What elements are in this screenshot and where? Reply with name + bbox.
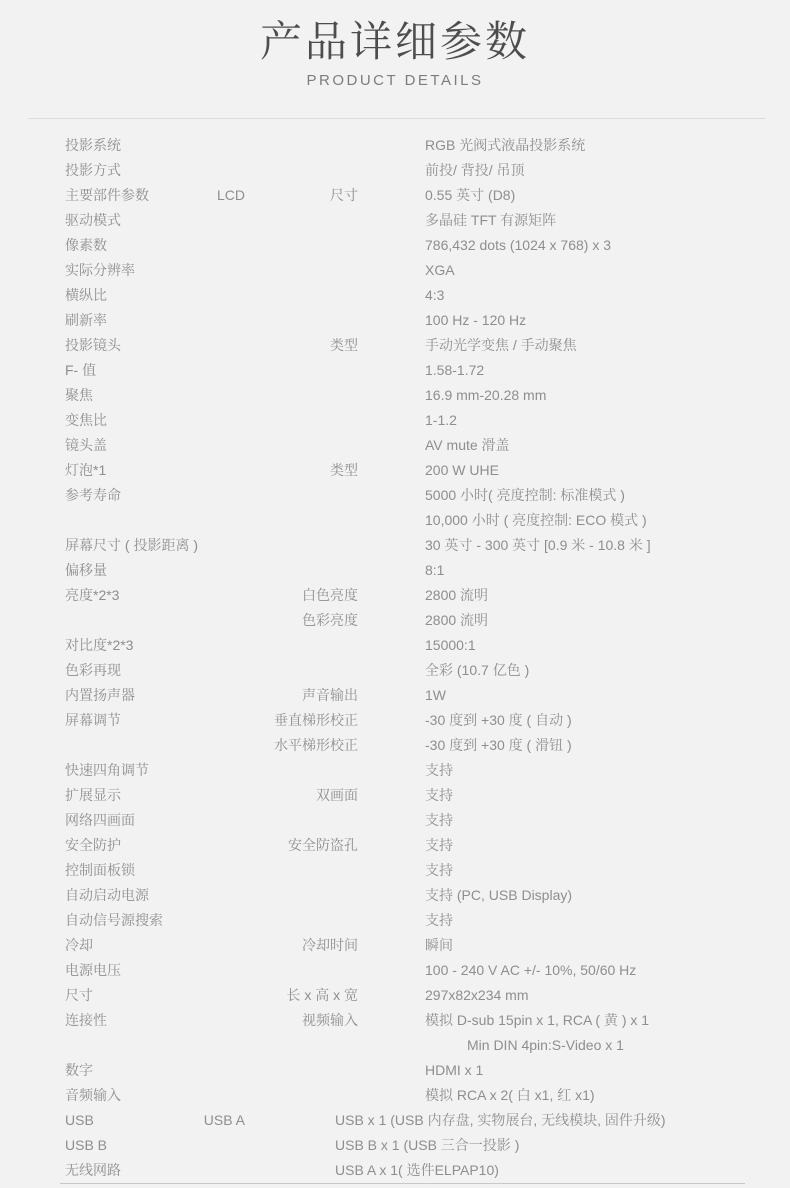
spec-cell-param: 变焦比 — [65, 410, 197, 430]
spec-cell-param: 扩展显示 — [65, 785, 197, 805]
spec-cell-value: 支持 — [358, 835, 453, 855]
spec-cell-param: 偏移量 — [65, 560, 197, 580]
spec-row: 色彩亮度2800 流明 — [0, 607, 790, 632]
spec-row: 聚焦16.9 mm-20.28 mm — [0, 382, 790, 407]
spec-cell-sub2: 垂直梯形校正 — [245, 710, 358, 730]
spec-cell-param: 无线网路 — [65, 1160, 197, 1180]
spec-row: 亮度*2*3白色亮度2800 流明 — [0, 582, 790, 607]
spec-cell-value: 1.58-1.72 — [358, 362, 484, 378]
spec-row: 灯泡*1类型200 W UHE — [0, 457, 790, 482]
spec-row: 连接性视频输入模拟 D-sub 15pin x 1, RCA ( 黄 ) x 1 — [0, 1007, 790, 1032]
spec-cell-param: 投影系统 — [65, 135, 197, 155]
spec-cell-value: 模拟 D-sub 15pin x 1, RCA ( 黄 ) x 1 — [358, 1010, 649, 1030]
spec-cell-sub1: LCD — [197, 187, 245, 203]
spec-cell-param: 聚焦 — [65, 385, 197, 405]
spec-cell-sub2: 双画面 — [245, 785, 358, 805]
spec-row: 横纵比4:3 — [0, 282, 790, 307]
spec-cell-param: USB — [65, 1112, 197, 1128]
top-divider — [28, 118, 765, 119]
page-subtitle: PRODUCT DETAILS — [0, 72, 790, 89]
spec-cell-param: 横纵比 — [65, 285, 197, 305]
spec-cell-value: 5000 小时( 亮度控制: 标准模式 ) — [358, 485, 625, 505]
spec-cell-value: USB B x 1 (USB 三合一投影 ) — [245, 1135, 519, 1155]
spec-row: F- 值1.58-1.72 — [0, 357, 790, 382]
spec-cell-sub2: 类型 — [245, 335, 358, 355]
spec-cell-value: 0.55 英寸 (D8) — [358, 185, 515, 205]
spec-cell-value: -30 度到 +30 度 ( 滑钮 ) — [358, 735, 572, 755]
spec-cell-param: 连接性 — [65, 1010, 197, 1030]
spec-row: 水平梯形校正-30 度到 +30 度 ( 滑钮 ) — [0, 732, 790, 757]
spec-cell-param: 对比度*2*3 — [65, 635, 197, 655]
spec-row: 无线网路USB A x 1( 选件ELPAP10) — [0, 1157, 790, 1182]
spec-cell-param: 实际分辨率 — [65, 260, 197, 280]
spec-row: Min DIN 4pin:S-Video x 1 — [0, 1032, 790, 1057]
spec-row: 内置扬声器声音输出1W — [0, 682, 790, 707]
spec-row: 数字HDMI x 1 — [0, 1057, 790, 1082]
spec-cell-param: 屏幕尺寸 ( 投影距离 ) — [65, 535, 197, 555]
spec-cell-param: 屏幕调节 — [65, 710, 197, 730]
spec-cell-param: 网络四画面 — [65, 810, 197, 830]
spec-cell-param: 尺寸 — [65, 985, 197, 1005]
spec-cell-value: 4:3 — [358, 287, 444, 303]
spec-cell-value: USB A x 1( 选件ELPAP10) — [245, 1160, 499, 1180]
spec-row: 自动启动电源支持 (PC, USB Display) — [0, 882, 790, 907]
spec-cell-sub2: 尺寸 — [245, 185, 358, 205]
spec-cell-value: 前投/ 背投/ 吊顶 — [358, 160, 525, 180]
spec-cell-param: 参考寿命 — [65, 485, 197, 505]
spec-row: 快速四角调节支持 — [0, 757, 790, 782]
spec-cell-sub2: 视频输入 — [245, 1010, 358, 1030]
spec-row: 驱动模式多晶硅 TFT 有源矩阵 — [0, 207, 790, 232]
spec-cell-value: Min DIN 4pin:S-Video x 1 — [358, 1037, 624, 1053]
spec-cell-param: 控制面板锁 — [65, 860, 197, 880]
spec-cell-param: USB B — [65, 1137, 197, 1153]
spec-cell-value: XGA — [358, 262, 455, 278]
spec-row: USB BUSB B x 1 (USB 三合一投影 ) — [0, 1132, 790, 1157]
spec-cell-value: 多晶硅 TFT 有源矩阵 — [358, 210, 556, 230]
spec-row: 主要部件参数LCD尺寸0.55 英寸 (D8) — [0, 182, 790, 207]
spec-cell-param: 镜头盖 — [65, 435, 197, 455]
spec-cell-value: 1-1.2 — [358, 412, 457, 428]
spec-row: 自动信号源搜索支持 — [0, 907, 790, 932]
spec-row: 对比度*2*315000:1 — [0, 632, 790, 657]
spec-cell-value: 2800 流明 — [358, 610, 488, 630]
spec-cell-sub2: 安全防盗孔 — [245, 835, 358, 855]
spec-row: 投影方式前投/ 背投/ 吊顶 — [0, 157, 790, 182]
bottom-divider — [60, 1183, 745, 1184]
spec-cell-param: 投影镜头 — [65, 335, 197, 355]
spec-cell-value: 全彩 (10.7 亿色 ) — [358, 660, 529, 680]
spec-cell-param: 电源电压 — [65, 960, 197, 980]
spec-row: 尺寸长 x 高 x 宽297x82x234 mm — [0, 982, 790, 1007]
spec-cell-value: 手动光学变焦 / 手动聚焦 — [358, 335, 577, 355]
spec-row: 音频输入模拟 RCA x 2( 白 x1, 红 x1) — [0, 1082, 790, 1107]
spec-row: 投影系统RGB 光阀式液晶投影系统 — [0, 132, 790, 157]
spec-cell-param: 快速四角调节 — [65, 760, 197, 780]
spec-row: 安全防护安全防盗孔支持 — [0, 832, 790, 857]
spec-cell-param: 像素数 — [65, 235, 197, 255]
spec-cell-param: 投影方式 — [65, 160, 197, 180]
product-details-page: 产品详细参数 PRODUCT DETAILS 投影系统RGB 光阀式液晶投影系统… — [0, 0, 790, 1188]
spec-row: 冷却冷却时间瞬间 — [0, 932, 790, 957]
spec-row: 参考寿命5000 小时( 亮度控制: 标准模式 ) — [0, 482, 790, 507]
spec-cell-value: 1W — [358, 687, 446, 703]
spec-cell-value: 支持 — [358, 910, 453, 930]
spec-cell-sub2: 长 x 高 x 宽 — [245, 985, 358, 1005]
spec-cell-value: 10,000 小时 ( 亮度控制: ECO 模式 ) — [358, 510, 647, 530]
spec-cell-param: 自动信号源搜索 — [65, 910, 197, 930]
spec-cell-value: 瞬间 — [358, 935, 453, 955]
spec-cell-sub2: 水平梯形校正 — [245, 735, 358, 755]
spec-row: 像素数786,432 dots (1024 x 768) x 3 — [0, 232, 790, 257]
spec-cell-value: 297x82x234 mm — [358, 987, 529, 1003]
spec-cell-value: HDMI x 1 — [358, 1062, 483, 1078]
spec-row: 网络四画面支持 — [0, 807, 790, 832]
spec-cell-value: 支持 — [358, 810, 453, 830]
spec-cell-param: 安全防护 — [65, 835, 197, 855]
spec-cell-value: 支持 — [358, 860, 453, 880]
spec-row: 扩展显示双画面支持 — [0, 782, 790, 807]
spec-cell-sub2: 白色亮度 — [245, 585, 358, 605]
page-title: 产品详细参数 — [0, 18, 790, 66]
spec-row: 刷新率100 Hz - 120 Hz — [0, 307, 790, 332]
spec-cell-value: 2800 流明 — [358, 585, 488, 605]
spec-cell-value: 786,432 dots (1024 x 768) x 3 — [358, 237, 611, 253]
spec-row: 10,000 小时 ( 亮度控制: ECO 模式 ) — [0, 507, 790, 532]
spec-cell-param: 内置扬声器 — [65, 685, 197, 705]
spec-cell-value: USB x 1 (USB 内存盘, 实物展台, 无线模块, 固件升级) — [245, 1110, 666, 1130]
spec-cell-param: 数字 — [65, 1060, 197, 1080]
spec-cell-value: 支持 (PC, USB Display) — [358, 885, 572, 905]
spec-cell-sub1: USB A — [197, 1112, 245, 1128]
spec-cell-param: 亮度*2*3 — [65, 585, 197, 605]
spec-cell-param: 灯泡*1 — [65, 460, 197, 480]
spec-row: 屏幕调节垂直梯形校正-30 度到 +30 度 ( 自动 ) — [0, 707, 790, 732]
spec-cell-value: 模拟 RCA x 2( 白 x1, 红 x1) — [358, 1085, 595, 1105]
spec-cell-param: 音频输入 — [65, 1085, 197, 1105]
spec-cell-value: 16.9 mm-20.28 mm — [358, 387, 546, 403]
spec-cell-param: F- 值 — [65, 360, 197, 380]
spec-cell-value: 8:1 — [358, 562, 444, 578]
spec-cell-value: 100 Hz - 120 Hz — [358, 312, 526, 328]
spec-table: 投影系统RGB 光阀式液晶投影系统投影方式前投/ 背投/ 吊顶主要部件参数LCD… — [0, 132, 790, 1182]
spec-cell-value: RGB 光阀式液晶投影系统 — [358, 135, 585, 155]
spec-cell-param: 色彩再现 — [65, 660, 197, 680]
spec-cell-param: 主要部件参数 — [65, 185, 197, 205]
spec-cell-value: 30 英寸 - 300 英寸 [0.9 米 - 10.8 米 ] — [358, 535, 651, 555]
spec-cell-sub2: 冷却时间 — [245, 935, 358, 955]
spec-cell-value: 15000:1 — [358, 637, 476, 653]
spec-cell-value: AV mute 滑盖 — [358, 435, 510, 455]
spec-row: 投影镜头类型手动光学变焦 / 手动聚焦 — [0, 332, 790, 357]
spec-cell-sub2: 类型 — [245, 460, 358, 480]
spec-row: 实际分辨率XGA — [0, 257, 790, 282]
spec-cell-sub2: 声音输出 — [245, 685, 358, 705]
spec-cell-value: -30 度到 +30 度 ( 自动 ) — [358, 710, 572, 730]
spec-cell-param: 刷新率 — [65, 310, 197, 330]
spec-row: 色彩再现全彩 (10.7 亿色 ) — [0, 657, 790, 682]
spec-row: 电源电压100 - 240 V AC +/- 10%, 50/60 Hz — [0, 957, 790, 982]
spec-row: USBUSB AUSB x 1 (USB 内存盘, 实物展台, 无线模块, 固件… — [0, 1107, 790, 1132]
spec-cell-param: 自动启动电源 — [65, 885, 197, 905]
spec-row: 屏幕尺寸 ( 投影距离 )30 英寸 - 300 英寸 [0.9 米 - 10.… — [0, 532, 790, 557]
spec-row: 控制面板锁支持 — [0, 857, 790, 882]
spec-cell-value: 支持 — [358, 760, 453, 780]
spec-cell-value: 100 - 240 V AC +/- 10%, 50/60 Hz — [358, 962, 636, 978]
spec-row: 偏移量8:1 — [0, 557, 790, 582]
spec-cell-param: 驱动模式 — [65, 210, 197, 230]
spec-cell-value: 200 W UHE — [358, 462, 499, 478]
page-header: 产品详细参数 PRODUCT DETAILS — [0, 0, 790, 89]
spec-cell-sub2: 色彩亮度 — [245, 610, 358, 630]
spec-row: 变焦比1-1.2 — [0, 407, 790, 432]
spec-row: 镜头盖AV mute 滑盖 — [0, 432, 790, 457]
spec-cell-value: 支持 — [358, 785, 453, 805]
spec-cell-param: 冷却 — [65, 935, 197, 955]
